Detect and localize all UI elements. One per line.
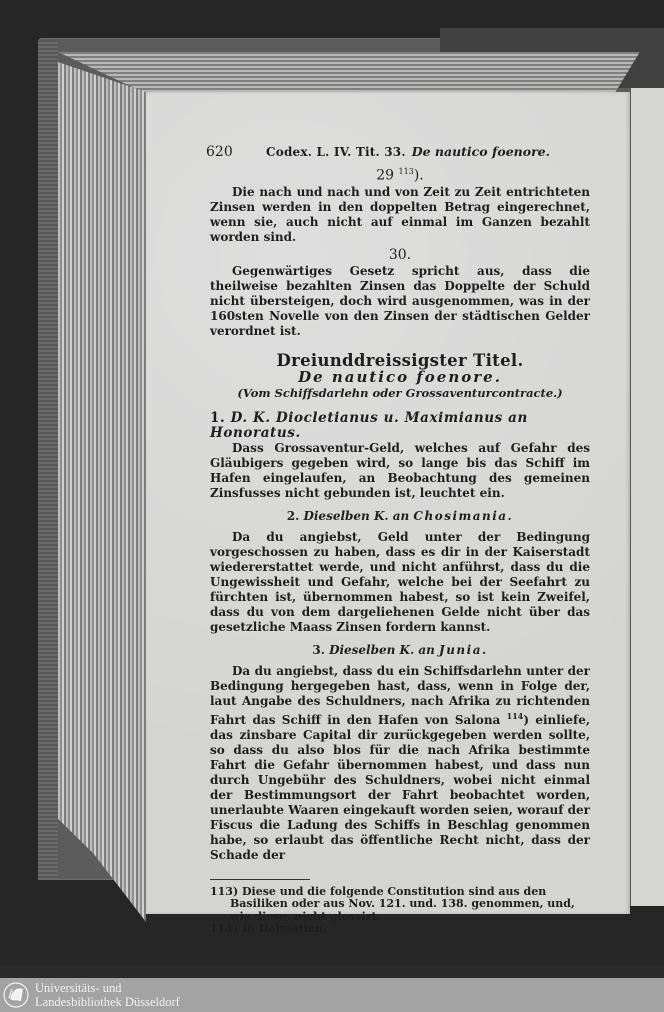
facing-page-edge <box>630 88 664 906</box>
section-30-text: Gegenwärtiges Gesetz spricht aus, dass d… <box>210 264 590 339</box>
section-number-29: 29 113). <box>210 164 590 184</box>
footnote-ref: 114 <box>507 711 524 721</box>
constitution-2-text: Da du angiebst, Geld unter der Bedingung… <box>210 530 590 635</box>
constitution-2-heading: 2. Dieselben K. an Chosimania. <box>210 509 590 524</box>
footnote-divider <box>210 879 310 880</box>
footnote-113: 113) Diese und die folgende Constitution… <box>210 886 590 924</box>
constitution-1-text: Dass Grossaventur-Geld, welches auf Gefa… <box>210 441 590 501</box>
footnote-114: 114) In Dalmatien. <box>210 923 590 936</box>
cover-texture <box>38 40 58 880</box>
constitution-3-text: Da du angiebst, dass du ein Schiffsdarle… <box>210 664 590 863</box>
library-name: Universitäts- und Landesbibliothek Düsse… <box>35 981 180 1009</box>
title-subtitle: (Vom Schiffsdarlehn oder Grossaventurcon… <box>210 386 590 401</box>
library-footer: Universitäts- und Landesbibliothek Düsse… <box>0 978 664 1012</box>
footnote-ref: 113 <box>399 167 414 176</box>
footnotes: 113) Diese und die folgende Constitution… <box>210 886 590 936</box>
title-heading: Dreiunddreissigster Titel. <box>210 353 590 368</box>
constitution-3-heading: 3. Dieselben K. an Junia. <box>210 643 590 658</box>
running-head-subject: De nautico foenore. <box>412 144 550 159</box>
section-29-text: Die nach und nach und von Zeit zu Zeit e… <box>210 185 590 245</box>
page-edges-top <box>58 52 664 92</box>
book-page: 620 Codex. L. IV. Tit. 33. De nautico fo… <box>146 92 630 914</box>
constitution-1-heading: 1. D. K. Diocletianus u. Maximianus an H… <box>210 411 590 441</box>
running-head-title: Codex. L. IV. Tit. 33. <box>266 145 406 160</box>
page-number: 620 <box>206 145 266 160</box>
page-text: 620 Codex. L. IV. Tit. 33. De nautico fo… <box>210 144 590 936</box>
section-number-30: 30. <box>210 248 590 263</box>
running-head: 620 Codex. L. IV. Tit. 33. De nautico fo… <box>210 144 590 160</box>
page-edges-left <box>58 62 146 922</box>
library-book-logo-icon <box>3 982 29 1008</box>
scan-area: 620 Codex. L. IV. Tit. 33. De nautico fo… <box>0 0 664 965</box>
title-latin: De nautico foenore. <box>210 370 590 385</box>
